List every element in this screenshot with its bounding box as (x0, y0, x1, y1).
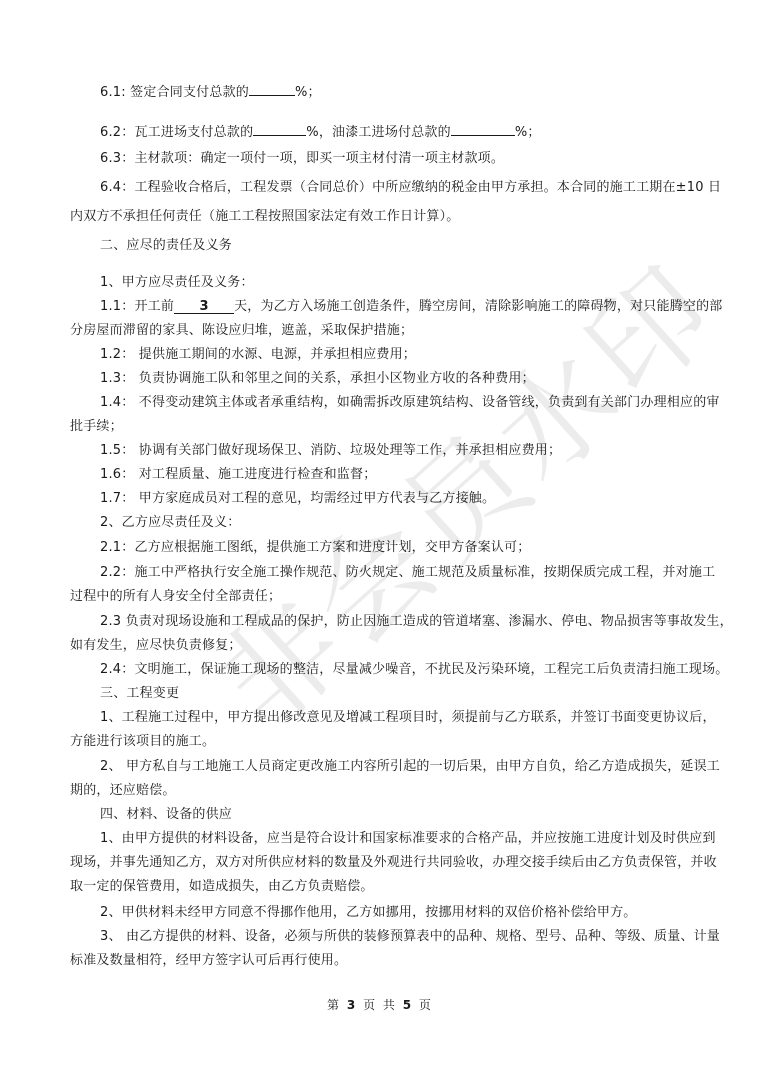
clause-4-1: 1、由甲方提供的材料设备，应当是符合设计和国家标准要求的合格产品，并应按施工进度… (100, 830, 720, 848)
clause-2-4: 2.4：文明施工，保证施工现场的整洁，尽量减少噪音，不扰民及污染环境，工程完工后… (100, 661, 720, 679)
subsection-party-b: 2、乙方应尽责任及义： (100, 514, 720, 532)
clause-text: 1.1：开工前 (100, 299, 174, 314)
clause-4-3: 3、 由乙方提供的材料、设备，必须与所供的装修预算表中的品种、规格、型号、品种、… (100, 928, 720, 946)
clause-4-1-continuation-2: 取一定的保管费用，如造成损失，由乙方负责赔偿。 (70, 878, 720, 896)
clause-2-3-continuation: 如有发生，应尽快负责修复； (70, 637, 720, 655)
clause-text: %； (515, 125, 541, 140)
percentage-blank (249, 81, 295, 96)
clause-4-2: 2、甲供材料未经甲方同意不得挪作他用，乙方如挪用，按挪用材料的双倍价格补偿给甲方… (100, 904, 720, 922)
clause-6-3: 6.3：主材款项：确定一项付一项，即买一项主材付清一项主材款项。 (100, 150, 720, 168)
subsection-party-a: 1、甲方应尽责任及义务： (100, 274, 720, 292)
clause-6-4-continuation: 内双方不承担任何责任（施工工程按照国家法定有效工作日计算）。 (70, 208, 720, 226)
clause-2-2: 2.2：施工中严格执行安全施工操作规范、防火规定、施工规范及质量标准，按期保质完… (100, 564, 720, 582)
clause-text: 天，为乙方入场施工创造条件，腾空房间，清除影响施工的障碍物，对只能腾空的部 (234, 299, 722, 314)
clause-2-1: 2.1：乙方应根据施工图纸，提供施工方案和进度计划，交甲方备案认可； (100, 539, 720, 557)
clause-1-4-continuation: 批手续； (70, 418, 720, 436)
clause-6-4: 6.4：工程验收合格后，工程发票（合同总价）中所应缴纳的税金由甲方承担。本合同的… (100, 179, 720, 197)
footer-prefix: 第 (327, 998, 341, 1012)
section-heading-changes: 三、工程变更 (100, 685, 720, 703)
clause-2-2-continuation: 过程中的所有人身安全付全部责任； (70, 588, 720, 606)
footer-suffix: 页 (419, 998, 433, 1012)
clause-1-4: 1.4： 不得变动建筑主体或者承重结构，如确需拆改原建筑结构、设备管线，负责到有… (100, 394, 720, 412)
clause-3-2-continuation: 期的，还应赔偿。 (70, 782, 720, 800)
current-page-number: 3 (347, 998, 357, 1012)
clause-1-7: 1.7： 甲方家庭成员对工程的意见，均需经过甲方代表与乙方接触。 (100, 490, 720, 508)
clause-3-1-continuation: 方能进行该项目的施工。 (70, 733, 720, 751)
clause-text: 6.1: 签定合同支付总款的 (100, 85, 249, 100)
page-footer: 第 3 页 共 5 页 (0, 996, 760, 1014)
clause-text: 6.2：瓦工进场支付总款的 (100, 125, 253, 140)
clause-text: %，油漆工进场付总款的 (306, 125, 451, 140)
clause-text: %； (295, 85, 321, 100)
section-heading-materials: 四、材料、设备的供应 (100, 806, 720, 824)
clause-1-5: 1.5： 协调有关部门做好现场保卫、消防、垃圾处理等工作，并承担相应费用； (100, 442, 720, 460)
clause-1-1-continuation: 分房屋而滞留的家具、陈设应归堆，遮盖，采取保护措施； (70, 322, 720, 340)
clause-3-2: 2、 甲方私自与工地施工人员商定更改施工内容所引起的一切后果，由甲方自负，给乙方… (100, 758, 720, 776)
footer-middle: 页 共 (363, 998, 397, 1012)
clause-4-3-continuation: 标准及数量相符，经甲方签字认可后再行使用。 (70, 952, 720, 970)
clause-3-1: 1、工程施工过程中，甲方提出修改意见及增减工程项目时，须提前与乙方联系，并签订书… (100, 709, 720, 727)
total-pages-number: 5 (403, 998, 413, 1012)
clause-1-1: 1.1：开工前3天，为乙方入场施工创造条件，腾空房间，清除影响施工的障碍物，对只… (100, 298, 720, 316)
paint-work-percentage-blank (451, 121, 515, 136)
clause-2-3: 2.3 负责对现场设施和工程成品的保护，防止因施工造成的管道堵塞、渗漏水、停电、… (100, 613, 720, 631)
clause-6-2: 6.2：瓦工进场支付总款的%，油漆工进场付总款的%； (100, 121, 720, 142)
clause-1-6: 1.6： 对工程质量、施工进度进行检查和监督； (100, 466, 720, 484)
section-heading-responsibilities: 二、应尽的责任及义务 (100, 237, 720, 255)
clause-4-1-continuation-1: 现场，并事先通知乙方，双方对所供应材料的数量及外观进行共同验收，办理交接手续后由… (70, 854, 720, 872)
clause-1-3: 1.3： 负责协调施工队和邻里之间的关系，承担小区物业方收的各种费用； (100, 370, 720, 388)
clause-1-2: 1.2： 提供施工期间的水源、电源，并承担相应费用； (100, 346, 720, 364)
tile-work-percentage-blank (253, 121, 306, 136)
clause-6-1: 6.1: 签定合同支付总款的%； (100, 81, 720, 102)
document-page: 非会员水印 6.1: 签定合同支付总款的%； 6.2：瓦工进场支付总款的%，油漆… (0, 0, 760, 1075)
days-before-start-blank: 3 (174, 299, 234, 314)
